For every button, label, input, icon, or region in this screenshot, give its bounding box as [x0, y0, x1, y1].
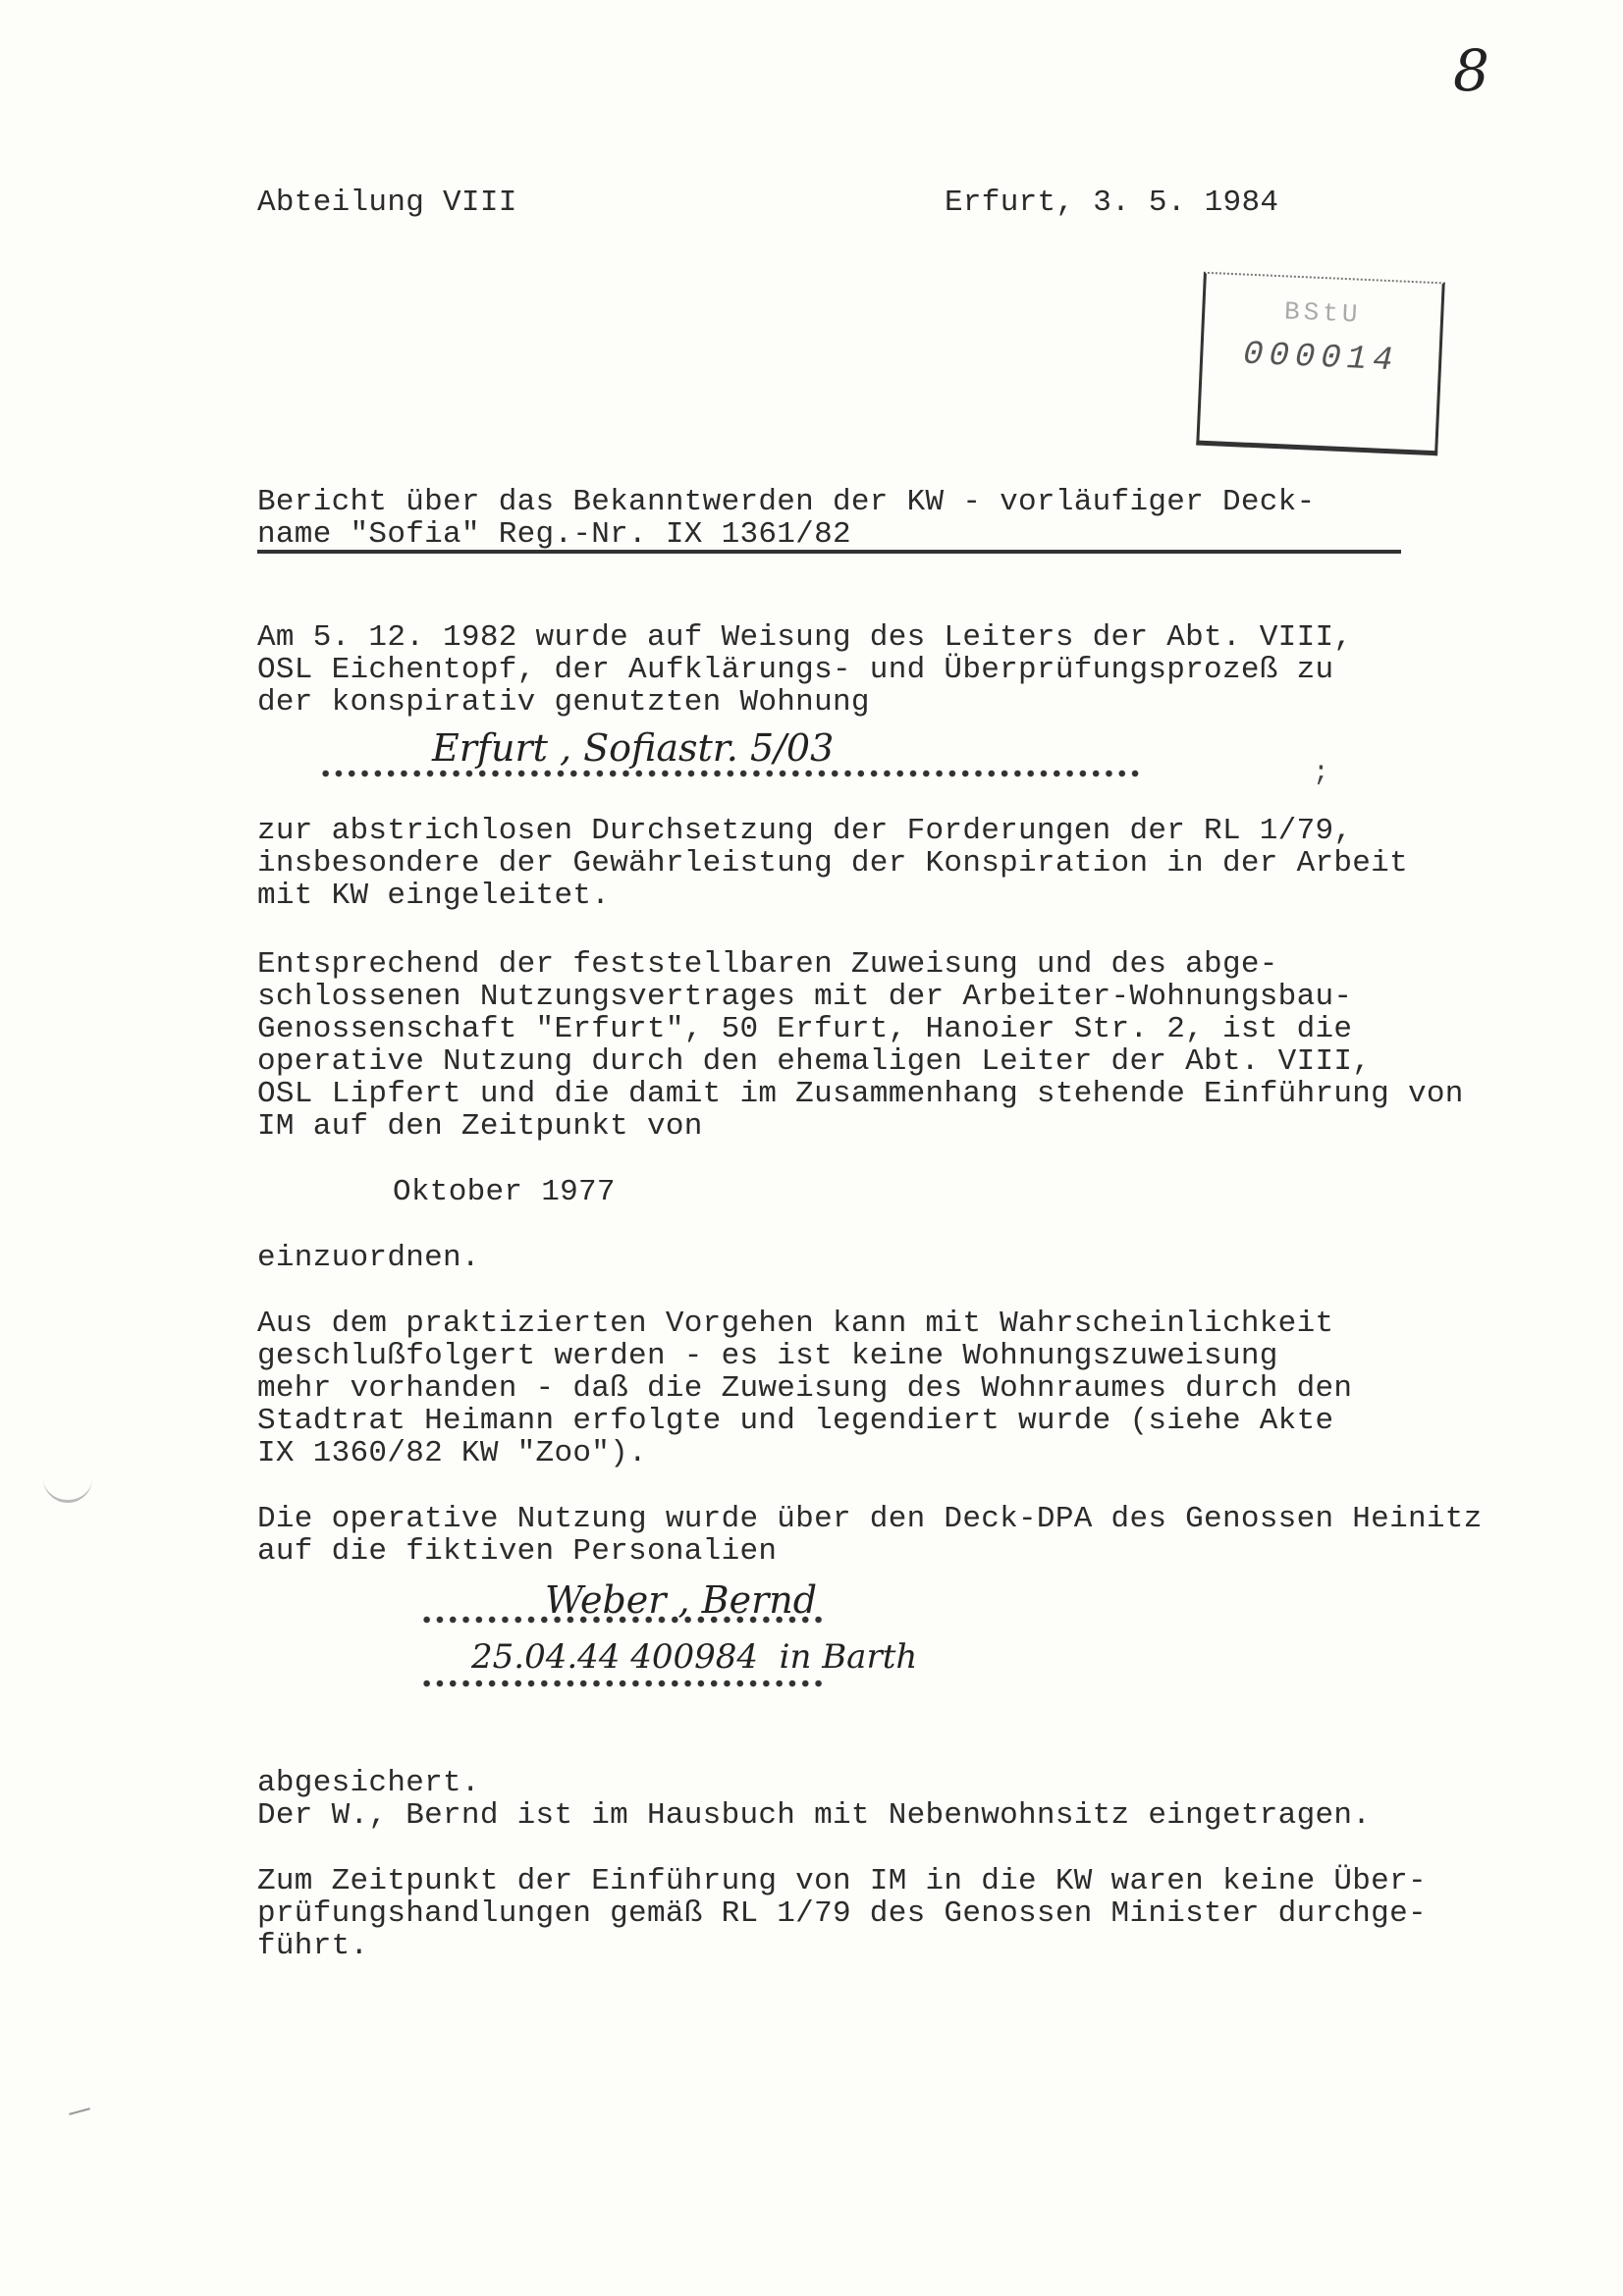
- paragraph-8-line: Zum Zeitpunkt der Einführung von IM in d…: [257, 1865, 1427, 1897]
- punch-hole-mark: [43, 1472, 92, 1503]
- paragraph-2-line: mit KW eingeleitet.: [257, 880, 610, 912]
- margin-mark: ;: [1313, 758, 1329, 788]
- paragraph-6-line: auf die fiktiven Personalien: [257, 1535, 777, 1568]
- dotted-fill-line: [420, 1679, 823, 1688]
- margin-mark: [69, 2108, 90, 2115]
- dotted-fill-line: [420, 1615, 823, 1625]
- paragraph-1-line: Am 5. 12. 1982 wurde auf Weisung des Lei…: [257, 621, 1352, 654]
- paragraph-2-line: zur abstrichlosen Durchsetzung der Forde…: [257, 815, 1352, 847]
- paragraph-3-line: OSL Lipfert und die damit im Zusammenhan…: [257, 1078, 1464, 1110]
- paragraph-3-line: operative Nutzung durch den ehemaligen L…: [257, 1045, 1371, 1078]
- paragraph-5-line: geschlußfolgert werden - es ist keine Wo…: [257, 1340, 1278, 1372]
- paragraph-5-line: Stadtrat Heimann erfolgte und legendiert…: [257, 1405, 1333, 1437]
- paragraph-8-line: prüfungshandlungen gemäß RL 1/79 des Gen…: [257, 1897, 1427, 1930]
- title-line-2: name "Sofia" Reg.-Nr. IX 1361/82: [257, 518, 851, 551]
- handwritten-birth: 25.04.44 400984 in Barth: [471, 1637, 917, 1677]
- paragraph-1-line: OSL Eichentopf, der Aufklärungs- und Übe…: [257, 654, 1333, 686]
- paragraph-4: einzuordnen.: [257, 1242, 480, 1274]
- paragraph-5-line: IX 1360/82 KW "Zoo").: [257, 1437, 647, 1469]
- handwritten-address: Erfurt , Sofiastr. 5/03: [432, 726, 834, 770]
- stamp-org: BStU: [1205, 294, 1441, 333]
- title-line-1: Bericht über das Bekanntwerden der KW - …: [257, 486, 1315, 518]
- archive-stamp: BStU 000014: [1196, 272, 1444, 456]
- place-date: Erfurt, 3. 5. 1984: [945, 187, 1278, 219]
- department: Abteilung VIII: [257, 187, 517, 219]
- paragraph-5-line: Aus dem praktizierten Vorgehen kann mit …: [257, 1308, 1333, 1340]
- paragraph-3-line: schlossenen Nutzungsvertrages mit der Ar…: [257, 981, 1352, 1013]
- paragraph-7-line: abgesichert.: [257, 1767, 480, 1799]
- paragraph-2-line: insbesondere der Gewährleistung der Kons…: [257, 847, 1408, 880]
- paragraph-3-line: Entsprechend der feststellbaren Zuweisun…: [257, 948, 1278, 981]
- paragraph-7-line: Der W., Bernd ist im Hausbuch mit Nebenw…: [257, 1799, 1371, 1832]
- paragraph-1-line: der konspirativ genutzten Wohnung: [257, 686, 870, 719]
- date-indented: Oktober 1977: [393, 1176, 616, 1208]
- page-number: 8: [1453, 37, 1489, 104]
- paragraph-8-line: führt.: [257, 1930, 368, 1962]
- paragraph-3-line: IM auf den Zeitpunkt von: [257, 1110, 703, 1143]
- paragraph-6-line: Die operative Nutzung wurde über den Dec…: [257, 1503, 1483, 1535]
- dotted-fill-line: [319, 769, 1144, 778]
- stamp-number: 000014: [1203, 335, 1439, 382]
- title-underline: [257, 550, 1401, 554]
- paragraph-3-line: Genossenschaft "Erfurt", 50 Erfurt, Hano…: [257, 1013, 1352, 1045]
- paragraph-5-line: mehr vorhanden - daß die Zuweisung des W…: [257, 1372, 1352, 1405]
